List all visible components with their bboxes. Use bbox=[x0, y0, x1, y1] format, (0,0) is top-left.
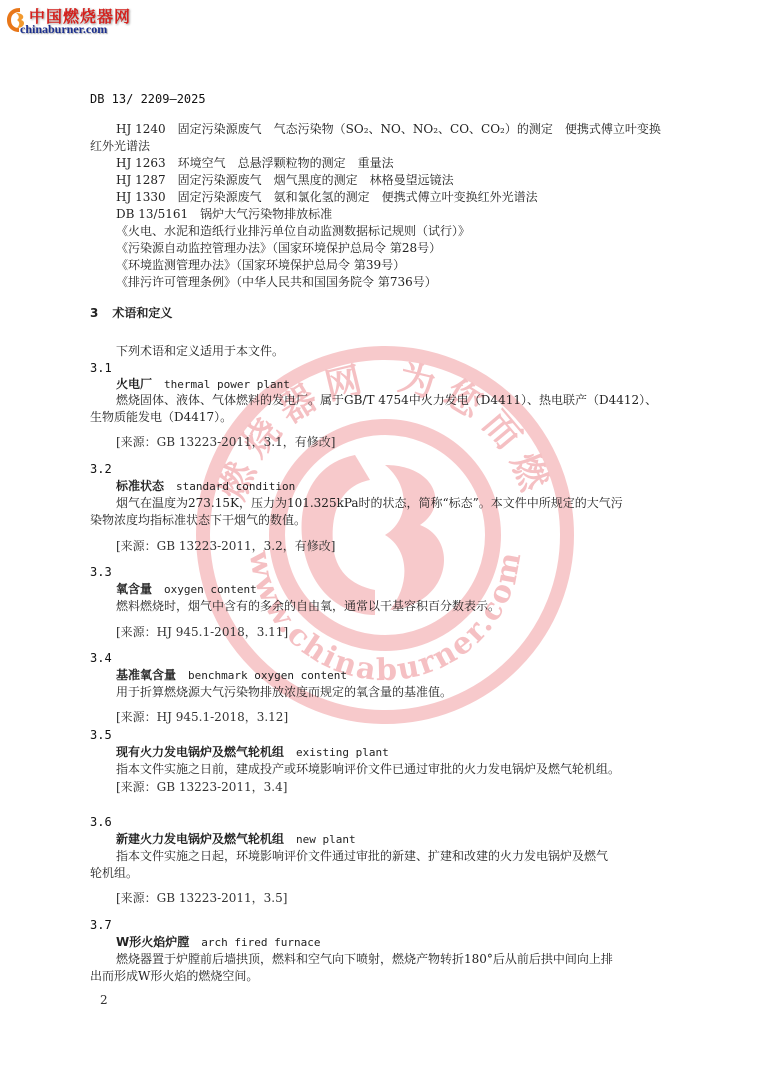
term-title: W形火焰炉膛arch fired furnace bbox=[116, 935, 320, 950]
reference-item: 《环境监测管理办法》（国家环境保护总局令 第39号） bbox=[116, 258, 405, 273]
term-definition: 燃料燃烧时，烟气中含有的多余的自由氧，通常以干基容积百分数表示。 bbox=[116, 599, 500, 614]
term-source: [来源：HJ 945.1-2018，3.12] bbox=[116, 710, 288, 725]
reference-item: HJ 1330 固定污染源废气 氨和氯化氢的测定 便携式傅立叶变换红外光谱法 bbox=[116, 190, 538, 205]
term-definition-continuation: 生物质能发电（D4417）。 bbox=[90, 410, 232, 425]
term-number: 3.7 bbox=[90, 918, 112, 933]
term-definition: 用于折算燃烧源大气污染物排放浓度而规定的氧含量的基准值。 bbox=[116, 685, 452, 700]
term-title: 基准氧含量benchmark oxygen content bbox=[116, 668, 347, 683]
term-number: 3.1 bbox=[90, 361, 112, 376]
standard-code-header: DB 13/ 2209—2025 bbox=[90, 92, 206, 107]
term-number: 3.4 bbox=[90, 651, 112, 666]
term-number: 3.6 bbox=[90, 815, 112, 830]
term-definition-continuation: 染物浓度均指标准状态下干烟气的数值。 bbox=[90, 513, 306, 528]
reference-item: DB 13/5161 锅炉大气污染物排放标准 bbox=[116, 207, 332, 222]
term-number: 3.5 bbox=[90, 728, 112, 743]
term-definition: 指本文件实施之日前，建成投产或环境影响评价文件已通过审批的火力发电锅炉及燃气轮机… bbox=[116, 762, 620, 777]
document-page: DB 13/ 2209—2025 HJ 1240 固定污染源废气 气态污染物（S… bbox=[0, 0, 764, 1080]
term-title: 氧含量oxygen content bbox=[116, 582, 257, 597]
reference-item-continuation: 红外光谱法 bbox=[90, 139, 150, 154]
term-definition: 指本文件实施之日起，环境影响评价文件通过审批的新建、扩建和改建的火力发电锅炉及燃… bbox=[116, 849, 608, 864]
section-intro: 下列术语和定义适用于本文件。 bbox=[116, 344, 284, 359]
term-source: [来源：GB 13223-2011，3.4] bbox=[116, 780, 287, 795]
term-source: [来源：GB 13223-2011，3.5] bbox=[116, 891, 287, 906]
term-title: 现有火力发电锅炉及燃气轮机组existing plant bbox=[116, 745, 389, 760]
term-definition: 烟气在温度为273.15K，压力为101.325kPa时的状态，简称“标态”。本… bbox=[116, 496, 623, 511]
term-definition: 燃烧器置于炉膛前后墙拱顶，燃料和空气向下喷射，燃烧产物转折180°后从前后拱中间… bbox=[116, 952, 613, 967]
term-source: [来源：GB 13223-2011，3.1，有修改] bbox=[116, 435, 335, 450]
term-number: 3.3 bbox=[90, 565, 112, 580]
reference-item: 《排污许可管理条例》（中华人民共和国国务院令 第736号） bbox=[116, 275, 437, 290]
term-title: 新建火力发电锅炉及燃气轮机组new plant bbox=[116, 832, 356, 847]
section-heading: 3术语和定义 bbox=[90, 306, 172, 321]
term-definition: 燃烧固体、液体、气体燃料的发电厂。属于GB/T 4754中火力发电（D4411）… bbox=[116, 393, 657, 408]
reference-item: HJ 1240 固定污染源废气 气态污染物（SO₂、NO、NO₂、CO、CO₂）… bbox=[116, 122, 661, 137]
page-number: 2 bbox=[100, 993, 108, 1008]
term-number: 3.2 bbox=[90, 462, 112, 477]
reference-item: 《污染源自动监控管理办法》（国家环境保护总局令 第28号） bbox=[116, 241, 441, 256]
term-definition-continuation: 轮机组。 bbox=[90, 866, 138, 881]
term-source: [来源：HJ 945.1-2018，3.11] bbox=[116, 625, 288, 640]
reference-item: 《火电、水泥和造纸行业排污单位自动监测数据标记规则（试行）》 bbox=[116, 224, 470, 239]
term-source: [来源：GB 13223-2011，3.2，有修改] bbox=[116, 539, 335, 554]
reference-item: HJ 1287 固定污染源废气 烟气黑度的测定 林格曼望远镜法 bbox=[116, 173, 454, 188]
term-title: 标准状态standard condition bbox=[116, 479, 295, 494]
term-title: 火电厂thermal power plant bbox=[116, 377, 290, 392]
term-definition-continuation: 出而形成W形火焰的燃烧空间。 bbox=[90, 969, 258, 984]
reference-item: HJ 1263 环境空气 总悬浮颗粒物的测定 重量法 bbox=[116, 156, 394, 171]
